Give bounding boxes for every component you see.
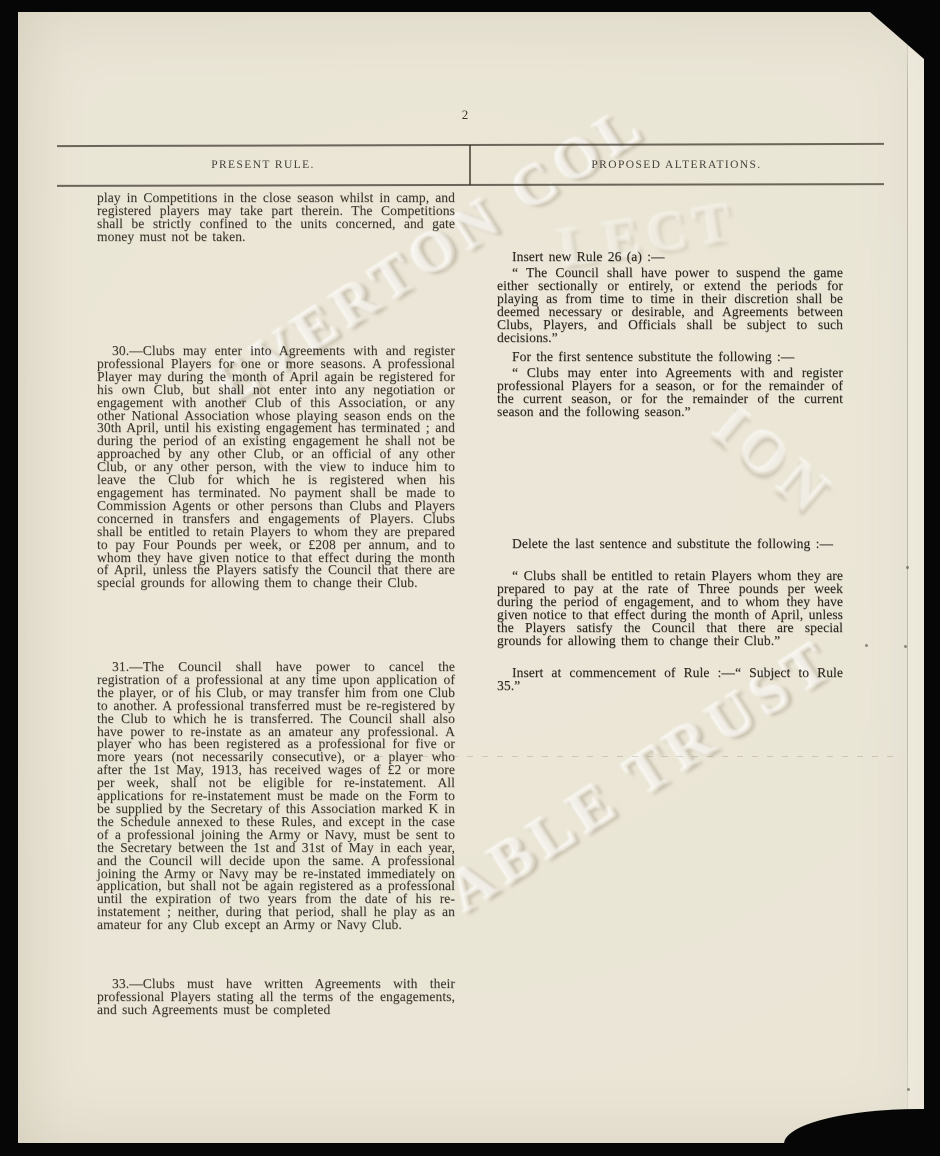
proposed-alterations-header: PROPOSED ALTERATIONS. [469,159,884,171]
page-edge-strip [908,12,924,1143]
first-sentence-text: “ Clubs may enter into Agreements with a… [497,367,843,419]
delete-sentence-heading: Delete the last sentence and substitute … [497,538,843,551]
page-number: 2 [380,107,550,123]
insert-rule-26-heading: Insert new Rule 26 (a) :— [497,251,843,264]
rule-30-paragraph: 30.—Clubs may enter into Agreements with… [97,345,455,590]
paper-speck [906,566,909,569]
paper-speck [904,645,907,648]
present-rule-header: PRESENT RULE. [57,159,469,171]
insert-commencement-text: Insert at commencement of Rule :—“ Subje… [497,667,843,693]
rule-31-paragraph: 31.—The Council shall have power to canc… [97,661,455,932]
insert-rule-26-text: “ The Council shall have power to suspen… [497,267,843,344]
paper-speck [865,644,868,647]
first-sentence-heading: For the first sentence substitute the fo… [497,351,843,364]
paper-speck [907,1088,910,1091]
rule-continuation-paragraph: play in Competitions in the close season… [97,192,455,244]
rule-33-paragraph: 33.—Clubs must have written Agreements w… [97,978,455,1017]
vertical-crease [907,14,908,1141]
delete-sentence-text: “ Clubs shall be entitled to retain Play… [497,570,843,647]
